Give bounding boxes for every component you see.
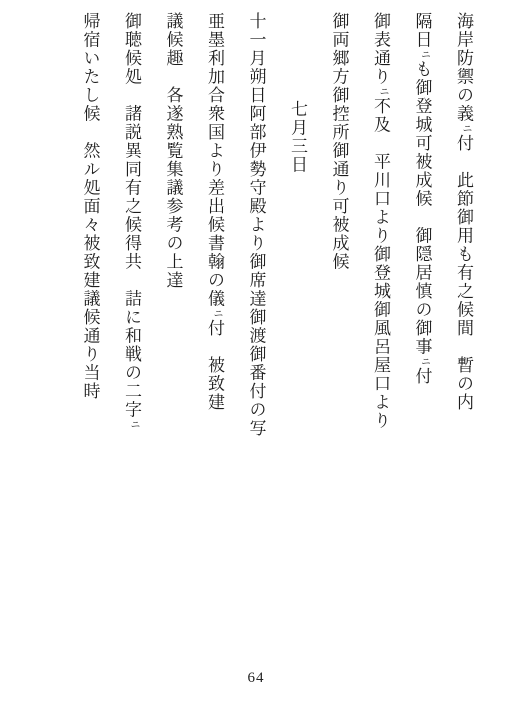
text-run: 隔日 (413, 12, 432, 49)
text-run: 亜墨利加合衆国より差出候書翰の儀 (205, 12, 224, 308)
text-column: 亜墨利加合衆国より差出候書翰の儀ニ付 被致建 (194, 12, 236, 652)
text-run: 御両郷方御控所御通り可被成候 (330, 12, 349, 271)
text-run: 付 (413, 367, 432, 386)
text-run: も御登城可被成候 御隠居慎の御事 (413, 60, 432, 356)
text-column: 十一月朔日阿部伊勢守殿より御席達御渡御番付の写 (235, 12, 277, 652)
text-run: 七月三日 (288, 100, 307, 174)
text-run: 付 被致建 (205, 319, 224, 412)
small-kana-annotation: ニ (460, 123, 471, 134)
text-run: 御聴候処 諸説異同有之候得共 詰に和戦の二字 (122, 12, 141, 419)
small-kana-annotation: ニ (128, 419, 139, 430)
text-column: 帰宿いたし候 然ル処面々被致建議候通り当時 (69, 12, 111, 652)
text-column: 御聴候処 諸説異同有之候得共 詰に和戦の二字ニ (111, 12, 153, 652)
text-column: 七月三日 (277, 12, 319, 652)
text-column: 議候趣 各遂熟覧集議参考の上達 (152, 12, 194, 652)
small-kana-annotation: ニ (377, 86, 388, 97)
text-run: 御表通り (371, 12, 390, 86)
text-column: 御表通りニ不及 平川口より御登城御風呂屋口より (360, 12, 402, 652)
text-run: 帰宿いたし候 然ル処面々被致建議候通り当時 (81, 12, 100, 401)
text-column: 御両郷方御控所御通り可被成候 (318, 12, 360, 652)
text-run: 議候趣 各遂熟覧集議参考の上達 (164, 12, 183, 290)
text-run: 付 此節御用も有之候間 暫の内 (454, 134, 473, 412)
text-run: 海岸防禦の義 (454, 12, 473, 123)
text-column: 海岸防禦の義ニ付 此節御用も有之候間 暫の内 (443, 12, 485, 652)
text-run: 十一月朔日阿部伊勢守殿より御席達御渡御番付の写 (247, 12, 266, 438)
vertical-text-block: 海岸防禦の義ニ付 此節御用も有之候間 暫の内隔日ニも御登城可被成候 御隠居慎の御… (69, 12, 484, 652)
page-number: 64 (0, 670, 512, 687)
text-column: 隔日ニも御登城可被成候 御隠居慎の御事ニ付 (401, 12, 443, 652)
text-run: 不及 平川口より御登城御風呂屋口より (371, 97, 390, 430)
small-kana-annotation: ニ (419, 356, 430, 367)
small-kana-annotation: ニ (419, 49, 430, 60)
small-kana-annotation: ニ (211, 308, 222, 319)
book-page: 海岸防禦の義ニ付 此節御用も有之候間 暫の内隔日ニも御登城可被成候 御隠居慎の御… (0, 0, 512, 712)
